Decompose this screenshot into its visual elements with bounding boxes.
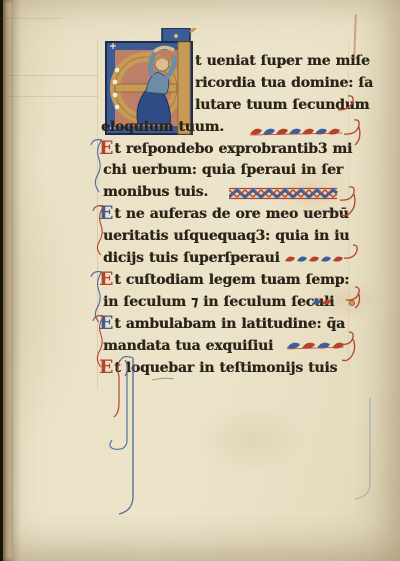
text-line: Et reſpondebo exprobrantib3 mi <box>99 140 352 159</box>
text-line: eloquium tuum. <box>101 118 224 137</box>
line-text: t ueniat ſuper me miſe <box>195 53 370 69</box>
line-text: t ne auferas de ore meo uerbū <box>114 206 348 222</box>
faint-flourish-bottom-right <box>352 398 394 520</box>
text-line: dicijs tuis ſuperſperaui <box>103 249 280 268</box>
line-filler-wave <box>250 125 344 137</box>
line-text: monibus tuis. <box>103 184 208 200</box>
text-line: monibus tuis. <box>103 183 208 202</box>
text-line: Et cuſtodiam legem tuam ſemp: <box>99 271 349 290</box>
line-filler-zigzag <box>229 187 339 200</box>
line-text: dicijs tuis ſuperſperaui <box>103 250 280 266</box>
line-text: chi uerbum: quia ſperaui in ſer <box>103 162 343 178</box>
gutter-shading <box>13 0 21 561</box>
line-text: eloquium tuum. <box>101 119 224 135</box>
margin-flourish-right <box>336 88 398 370</box>
line-text: t cuſtodiam legem tuam ſemp: <box>114 272 349 288</box>
text-line: chi uerbum: quia ſperaui in ſer <box>103 161 343 180</box>
manuscript-page: t ueniat ſuper me miſe ricordia tua domi… <box>0 0 400 561</box>
line-text: t reſpondebo exprobrantib3 mi <box>114 141 352 157</box>
page-edge <box>3 0 13 561</box>
text-line: in ſeculum ⁊ in ſeculum ſeculi <box>103 293 334 312</box>
line-text: t ambulabam in latitudine: q̄a <box>114 316 345 332</box>
ruling-line <box>0 18 62 19</box>
text-line: Et ambulabam in latitudine: q̄a <box>99 315 345 334</box>
line-text: in ſeculum ⁊ in ſeculum ſeculi <box>103 294 334 310</box>
line-text: ueritatis uſquequaq3: quia in iu <box>103 228 349 244</box>
line-filler-knot <box>310 296 334 308</box>
ruling-line <box>8 96 98 97</box>
descender-flourish <box>100 352 200 537</box>
text-line: t ueniat ſuper me miſe <box>195 52 370 71</box>
text-line: Et ne auferas de ore meo uerbū <box>99 205 349 224</box>
ruling-line <box>8 75 98 76</box>
text-line: ueritatis uſquequaq3: quia in iu <box>103 227 349 246</box>
